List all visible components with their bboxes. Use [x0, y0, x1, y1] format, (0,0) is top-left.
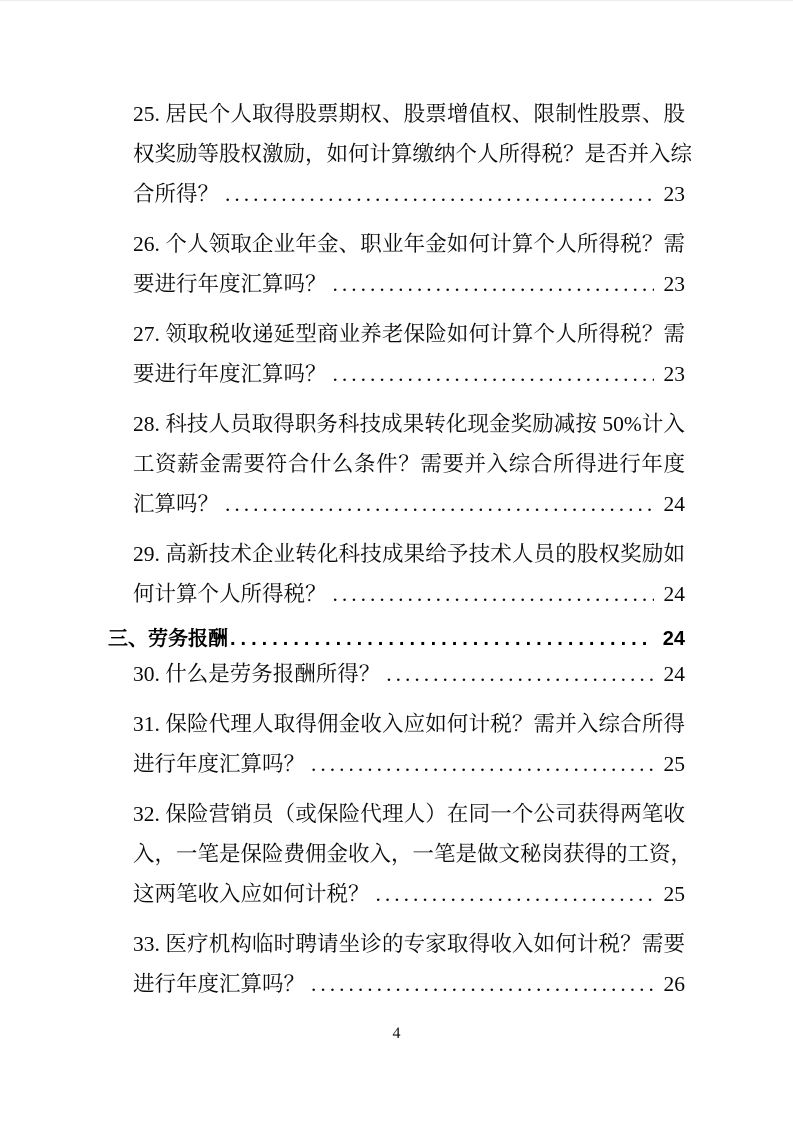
toc-page-number: 23 [664, 174, 686, 214]
dot-leader: ........................................… [333, 264, 654, 304]
toc-line-text: 30. 什么是劳务报酬所得？ [133, 654, 380, 694]
toc-section-heading[interactable]: 三、劳务报酬..................................… [108, 624, 685, 654]
toc-entry[interactable]: 27. 领取税收递延型商业养老保险如何计算个人所得税？需要进行年度汇算吗？...… [108, 314, 685, 394]
toc-line: 25. 居民个人取得股票期权、股票增值权、限制性股票、股 [133, 94, 685, 134]
toc-line-text: 这两笔收入应如何计税？ [133, 874, 370, 914]
dot-leader: ........................................… [376, 874, 654, 914]
document-page: 25. 居民个人取得股票期权、股票增值权、限制性股票、股权奖励等股权激励，如何计… [0, 0, 793, 1122]
dot-leader: ........................................… [333, 354, 654, 394]
toc-line: 29. 高新技术企业转化科技成果给予技术人员的股权奖励如 [133, 534, 685, 574]
toc-line-text: 32. 保险营销员（或保险代理人）在同一个公司获得两笔收 [133, 802, 685, 826]
toc-line-text: 进行年度汇算吗？ [133, 744, 305, 784]
toc-line-text: 27. 领取税收递延型商业养老保险如何计算个人所得税？需 [133, 322, 685, 346]
toc-line-text: 入，一笔是保险费佣金收入，一笔是做文秘岗获得的工资， [133, 842, 692, 866]
toc-line: 入，一笔是保险费佣金收入，一笔是做文秘岗获得的工资， [133, 834, 685, 874]
toc-line: 权奖励等股权激励，如何计算缴纳个人所得税？是否并入综 [133, 134, 685, 174]
toc-line: 26. 个人领取企业年金、职业年金如何计算个人所得税？需 [133, 224, 685, 264]
toc-entry[interactable]: 26. 个人领取企业年金、职业年金如何计算个人所得税？需要进行年度汇算吗？...… [108, 224, 685, 304]
toc-entry[interactable]: 33. 医疗机构临时聘请坐诊的专家取得收入如何计税？需要进行年度汇算吗？....… [108, 924, 685, 1004]
dot-leader: ........................................… [333, 574, 654, 614]
toc-entry[interactable]: 32. 保险营销员（或保险代理人）在同一个公司获得两笔收入，一笔是保险费佣金收入… [108, 794, 685, 914]
toc-line: 要进行年度汇算吗？...............................… [133, 264, 685, 304]
toc-page-number: 24 [664, 484, 686, 524]
toc-line-text: 何计算个人所得税？ [133, 574, 327, 614]
toc-line: 33. 医疗机构临时聘请坐诊的专家取得收入如何计税？需要 [133, 924, 685, 964]
dot-leader: ........................................… [386, 654, 653, 694]
table-of-contents: 25. 居民个人取得股票期权、股票增值权、限制性股票、股权奖励等股权激励，如何计… [108, 94, 685, 1014]
dot-leader: ........................................… [311, 964, 653, 1004]
toc-page-number: 23 [664, 264, 686, 304]
toc-entry[interactable]: 25. 居民个人取得股票期权、股票增值权、限制性股票、股权奖励等股权激励，如何计… [108, 94, 685, 214]
toc-entry[interactable]: 30. 什么是劳务报酬所得？..........................… [108, 654, 685, 694]
toc-line-text: 要进行年度汇算吗？ [133, 354, 327, 394]
toc-line: 汇算吗？....................................… [133, 484, 685, 524]
page-number: 4 [393, 1025, 401, 1042]
toc-page-number: 24 [663, 624, 685, 654]
dot-leader: ........................................… [311, 744, 653, 784]
dot-leader: ........................................… [230, 624, 653, 654]
toc-page-number: 23 [664, 354, 686, 394]
toc-line: 合所得？....................................… [133, 174, 685, 214]
toc-line-text: 31. 保险代理人取得佣金收入应如何计税？需并入综合所得 [133, 712, 685, 736]
toc-page-number: 24 [664, 574, 686, 614]
toc-line-text: 三、劳务报酬 [108, 624, 228, 654]
toc-line-text: 汇算吗？ [133, 484, 219, 524]
toc-line: 28. 科技人员取得职务科技成果转化现金奖励减按 50%计入 [133, 404, 685, 444]
toc-page-number: 25 [664, 744, 686, 784]
toc-line: 27. 领取税收递延型商业养老保险如何计算个人所得税？需 [133, 314, 685, 354]
toc-page-number: 25 [664, 874, 686, 914]
toc-line: 要进行年度汇算吗？...............................… [133, 354, 685, 394]
toc-page-number: 26 [664, 964, 686, 1004]
dot-leader: ........................................… [225, 174, 653, 214]
toc-line-text: 25. 居民个人取得股票期权、股票增值权、限制性股票、股 [133, 102, 685, 126]
toc-line: 三、劳务报酬..................................… [108, 624, 685, 654]
toc-entry[interactable]: 28. 科技人员取得职务科技成果转化现金奖励减按 50%计入工资薪金需要符合什么… [108, 404, 685, 524]
dot-leader: ........................................… [225, 484, 653, 524]
toc-line: 何计算个人所得税？...............................… [133, 574, 685, 614]
toc-line-text: 进行年度汇算吗？ [133, 964, 305, 1004]
toc-line-text: 33. 医疗机构临时聘请坐诊的专家取得收入如何计税？需要 [133, 932, 685, 956]
toc-line: 工资薪金需要符合什么条件？需要并入综合所得进行年度 [133, 444, 685, 484]
toc-line-text: 权奖励等股权激励，如何计算缴纳个人所得税？是否并入综 [133, 142, 692, 166]
toc-line: 这两笔收入应如何计税？.............................… [133, 874, 685, 914]
page-footer: 4 [0, 1025, 793, 1043]
toc-line: 进行年度汇算吗？................................… [133, 964, 685, 1004]
toc-entry[interactable]: 29. 高新技术企业转化科技成果给予技术人员的股权奖励如何计算个人所得税？...… [108, 534, 685, 614]
toc-line-text: 工资薪金需要符合什么条件？需要并入综合所得进行年度 [133, 452, 685, 476]
toc-entry[interactable]: 31. 保险代理人取得佣金收入应如何计税？需并入综合所得进行年度汇算吗？....… [108, 704, 685, 784]
toc-line-text: 26. 个人领取企业年金、职业年金如何计算个人所得税？需 [133, 232, 685, 256]
toc-line: 30. 什么是劳务报酬所得？..........................… [133, 654, 685, 694]
toc-line-text: 28. 科技人员取得职务科技成果转化现金奖励减按 50%计入 [133, 412, 685, 436]
toc-line-text: 要进行年度汇算吗？ [133, 264, 327, 304]
toc-line: 31. 保险代理人取得佣金收入应如何计税？需并入综合所得 [133, 704, 685, 744]
toc-line-text: 29. 高新技术企业转化科技成果给予技术人员的股权奖励如 [133, 542, 685, 566]
toc-page-number: 24 [664, 654, 686, 694]
toc-line: 进行年度汇算吗？................................… [133, 744, 685, 784]
toc-line-text: 合所得？ [133, 174, 219, 214]
toc-line: 32. 保险营销员（或保险代理人）在同一个公司获得两笔收 [133, 794, 685, 834]
